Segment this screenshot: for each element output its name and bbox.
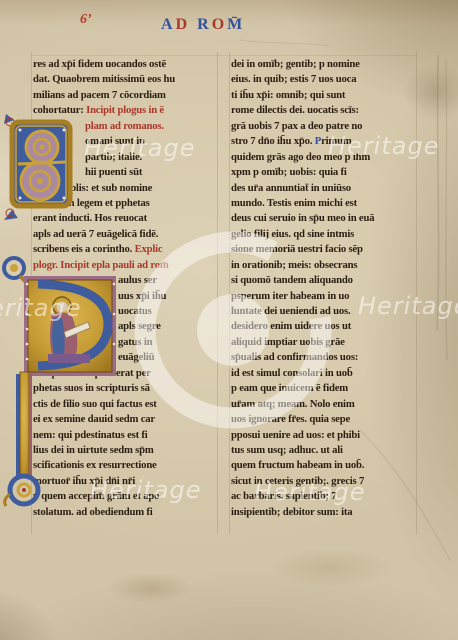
- running-title: AD ROM̄: [161, 16, 245, 34]
- body-text: tus sum usq; adhuc. ut ali: [231, 444, 343, 456]
- body-text: stro 7 dn̄o ih̄u xp̄o.: [231, 135, 315, 147]
- manuscript-page: 6ʼ AD ROM̄ res ad xp̄i fidem uocandos os…: [0, 0, 458, 640]
- ruling-line-top: [31, 55, 417, 56]
- running-title-letter: M̄: [227, 16, 245, 34]
- heritage-c-logo: [123, 220, 343, 440]
- text-line: grā uobis 7 pax a deo patre no: [231, 119, 417, 134]
- text-line: insipientib; debitor sum: ita: [231, 505, 417, 520]
- text-line: ti ih̄u xp̄i: omnib; qui sunt: [231, 88, 417, 103]
- body-text: dei in omīb; gentib; p nomine: [231, 58, 360, 70]
- body-text: omani sunt in: [85, 135, 145, 147]
- text-line: rome dilectis dei. uocatis scīs:: [231, 103, 417, 118]
- running-title-letter: R: [197, 16, 212, 34]
- text-line: des ur̄a annuntiat̄ in uniūso: [231, 181, 417, 196]
- text-line: stro 7 dn̄o ih̄u xp̄o. Primum: [231, 134, 417, 149]
- text-line: dei in omīb; gentib; p nomine: [231, 57, 417, 72]
- initial-p-historiated: [0, 254, 120, 510]
- body-text: res ad xp̄i fidem uocandos ostē: [33, 58, 166, 70]
- running-title-letter: O: [212, 16, 227, 34]
- text-line: dat. Quaobrem mitissimū eos hu: [33, 72, 217, 87]
- text-line: mundo. Testis enim michi est: [231, 196, 417, 211]
- body-text: rome dilectis dei. uocatis scīs:: [231, 104, 359, 116]
- text-line: quidem grās ago deo meo p ihm: [231, 150, 417, 165]
- body-text: grā uobis 7 pax a deo patre no: [231, 120, 362, 132]
- body-text: quidem grās ago deo meo p ihm: [231, 151, 370, 163]
- running-title-letter: D: [176, 16, 191, 34]
- body-text: dat. Quaobrem mitissimū eos hu: [33, 73, 175, 85]
- body-text: ac barbaris. sapientib; 7: [231, 490, 336, 502]
- body-text: mundo. Testis enim michi est: [231, 197, 357, 209]
- text-line: eius. in quib; estis 7 uos uoca: [231, 72, 417, 87]
- text-line: milians ad pacem 7 cōcordiam: [33, 88, 217, 103]
- body-text: milians ad pacem 7 cōcordiam: [33, 89, 166, 101]
- body-text: rimum: [321, 135, 351, 147]
- initial-r-illumination: [4, 114, 80, 220]
- text-line: xpm p omīb; uobis: quia fi: [231, 165, 417, 180]
- text-line: tus sum usq; adhuc. ut ali: [231, 443, 417, 458]
- rubric-text: plam ad romanos.: [85, 120, 164, 132]
- running-title-letter: A: [161, 16, 176, 34]
- running-title-letter: [190, 16, 197, 34]
- body-text: xpm p omīb; uobis: quia fi: [231, 166, 347, 178]
- body-text: eius. in quib; estis 7 uos uoca: [231, 73, 356, 85]
- body-text: des ur̄a annuntiat̄ in uniūso: [231, 182, 351, 194]
- body-text: ti ih̄u xp̄i: omnib; qui sunt: [231, 89, 345, 101]
- text-line: res ad xp̄i fidem uocandos ostē: [33, 57, 217, 72]
- body-text: insipientib; debitor sum: ita: [231, 506, 352, 518]
- body-text: sicut in ceteris gentib;. grecis 7: [231, 475, 364, 487]
- text-line: ac barbaris. sapientib; 7: [231, 489, 417, 504]
- body-text: quem fructum habeam in uob̄.: [231, 459, 364, 471]
- body-text: partib; italie.: [85, 151, 142, 163]
- folio-mark: 6ʼ: [80, 12, 92, 28]
- body-text: hii puenti sūt: [85, 166, 142, 178]
- text-line: sicut in ceteris gentib;. grecis 7: [231, 474, 417, 489]
- rubric-text: Incipit plogus in ē: [86, 104, 164, 116]
- text-line: quem fructum habeam in uob̄.: [231, 458, 417, 473]
